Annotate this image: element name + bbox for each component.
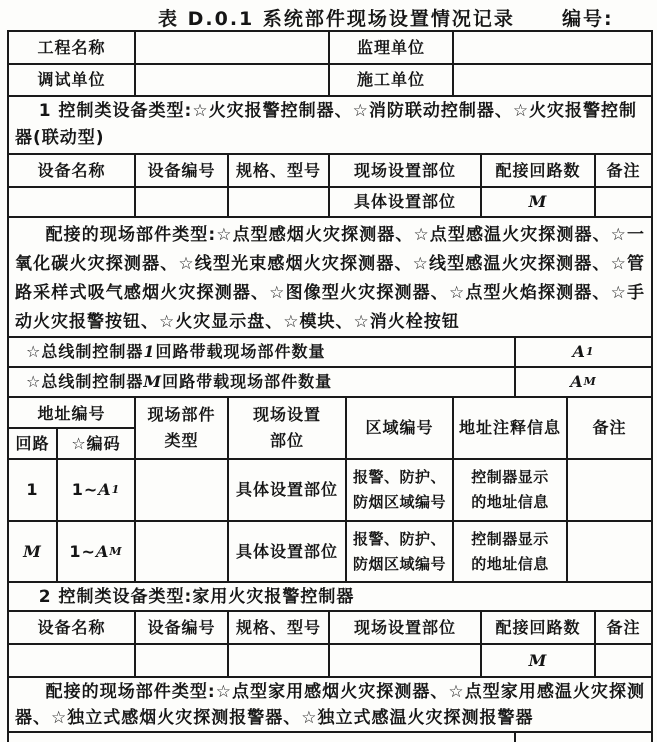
record-table: 工程名称 监理单位 调试单位 施工单位 1 控制类设备类型:☆火灾报警控制器、☆…	[7, 30, 653, 742]
loop1-count-label: ☆总线制控制器 1 回路带载现场部件数量	[9, 338, 516, 366]
remarks-cell-2	[596, 645, 651, 676]
code-column-header: ☆编码	[58, 429, 134, 458]
cutoff-value-cell	[516, 733, 651, 742]
loop-count-cell-2: M	[482, 645, 596, 676]
address1-code-prefix: 1~	[72, 480, 99, 500]
loop-count-variable-2: M	[529, 651, 548, 671]
section1-device-header: 设备名称 设备编号 规格、型号 现场设置部位 配接回路数 备注	[9, 155, 651, 188]
address-number-header: 地址编号	[9, 398, 134, 429]
addressM-zone-cell: 报警、防护、防烟区域编号	[347, 522, 454, 581]
section2-device-row: M	[9, 645, 651, 678]
addressM-code-cell: 1~AM	[58, 522, 136, 581]
addressM-loop-value: M	[23, 542, 42, 562]
device-name-cell	[9, 188, 136, 216]
addressM-code-prefix: 1~	[69, 542, 96, 562]
table-title: 表 D.0.1 系统部件现场设置情况记录	[158, 4, 515, 31]
spec-model-cell	[229, 188, 330, 216]
device-number-header-2: 设备编号	[136, 612, 229, 643]
section1-heading: 1 控制类设备类型:☆火灾报警控制器、☆消防联动控制器、☆火灾报警控制器(联动型…	[9, 97, 651, 153]
device-name-cell-2	[9, 645, 136, 676]
loop-column-header: 回路	[9, 429, 58, 458]
loop1-value-base: A	[572, 342, 585, 362]
info-row-1: 工程名称 监理单位	[9, 32, 651, 65]
section1-components-note: 配接的现场部件类型:☆点型感烟火灾探测器、☆点型感温火灾探测器、☆一氧化碳火灾探…	[9, 218, 651, 336]
loopM-label-variable: M	[143, 372, 162, 392]
address-row-1: 1 1~A1 具体设置部位 报警、防护、防烟区域编号 控制器显示的地址信息	[9, 460, 651, 522]
loop1-count-value: A1	[516, 338, 651, 366]
cutoff-row	[9, 733, 651, 742]
info-row-2: 调试单位 施工单位	[9, 65, 651, 97]
address-row-M: M 1~AM 具体设置部位 报警、防护、防烟区域编号 控制器显示的地址信息	[9, 522, 651, 583]
address1-code-base: A	[98, 480, 111, 500]
loopM-value-base: A	[570, 372, 583, 392]
title-bar: 表 D.0.1 系统部件现场设置情况记录 编号:	[0, 0, 657, 30]
site-location-cell-2	[330, 645, 482, 676]
loopM-count-value: AM	[516, 368, 651, 396]
addressM-type-cell	[136, 522, 229, 581]
supervision-unit-value	[454, 32, 651, 63]
device-number-cell	[136, 188, 229, 216]
remarks-header-2: 备注	[596, 612, 651, 643]
site-location-header: 现场设置部位	[330, 155, 482, 186]
supervision-unit-label: 监理单位	[330, 32, 454, 63]
address-number-header-group: 地址编号 回路 ☆编码	[9, 398, 136, 458]
addressM-info-cell: 控制器显示的地址信息	[454, 522, 568, 581]
device-name-header-2: 设备名称	[9, 612, 136, 643]
commissioning-unit-value	[136, 65, 330, 95]
address1-zone-cell: 报警、防护、防烟区域编号	[347, 460, 454, 520]
cutoff-label-cell	[9, 733, 516, 742]
address-info-header: 地址注释信息	[454, 398, 568, 458]
loop1-label-variable: 1	[143, 342, 155, 362]
section2-components-note: 配接的现场部件类型:☆点型家用感烟火灾探测器、☆点型家用感温火灾探测器、☆独立式…	[9, 678, 651, 731]
loop-count-header-2: 配接回路数	[482, 612, 596, 643]
addressM-code-base: A	[96, 542, 109, 562]
section1-heading-row: 1 控制类设备类型:☆火灾报警控制器、☆消防联动控制器、☆火灾报警控制器(联动型…	[9, 97, 651, 155]
device-number-cell-2	[136, 645, 229, 676]
address-number-subheader: 回路 ☆编码	[9, 429, 134, 458]
spec-model-header: 规格、型号	[229, 155, 330, 186]
section2-device-header: 设备名称 设备编号 规格、型号 现场设置部位 配接回路数 备注	[9, 612, 651, 645]
remarks-header: 备注	[596, 155, 651, 186]
commissioning-unit-label: 调试单位	[9, 65, 136, 95]
loop-count-variable: M	[529, 192, 548, 212]
document-page: 表 D.0.1 系统部件现场设置情况记录 编号: 工程名称 监理单位 调试单位 …	[0, 0, 657, 742]
address-table-header: 地址编号 回路 ☆编码 现场部件类型 现场设置部位 区域编号 地址注释信息 备注	[9, 398, 651, 460]
loopM-count-label: ☆总线制控制器 M 回路带载现场部件数量	[9, 368, 516, 396]
loop-count-cell: M	[482, 188, 596, 216]
addressM-location-cell: 具体设置部位	[229, 522, 347, 581]
construction-unit-value	[454, 65, 651, 95]
loopM-label-prefix: ☆总线制控制器	[26, 372, 143, 392]
device-name-header: 设备名称	[9, 155, 136, 186]
address1-loop-value: 1	[26, 480, 38, 500]
construction-unit-label: 施工单位	[330, 65, 454, 95]
section1-components-note-row: 配接的现场部件类型:☆点型感烟火灾探测器、☆点型感温火灾探测器、☆一氧化碳火灾探…	[9, 218, 651, 338]
address-remarks-header: 备注	[568, 398, 651, 458]
loop-count-header: 配接回路数	[482, 155, 596, 186]
section2-components-note-row: 配接的现场部件类型:☆点型家用感烟火灾探测器、☆点型家用感温火灾探测器、☆独立式…	[9, 678, 651, 733]
number-label: 编号:	[562, 4, 614, 31]
spec-model-cell-2	[229, 645, 330, 676]
addressM-loop-cell: M	[9, 522, 58, 581]
loop1-label-prefix: ☆总线制控制器	[26, 342, 143, 362]
addressM-remarks-cell	[568, 522, 651, 581]
project-name-value	[136, 32, 330, 63]
site-location-cell: 具体设置部位	[330, 188, 482, 216]
section2-heading: 2 控制类设备类型:家用火灾报警控制器	[9, 583, 651, 610]
loopM-label-suffix: 回路带载现场部件数量	[162, 372, 332, 392]
zone-number-header: 区域编号	[347, 398, 454, 458]
section1-device-row: 具体设置部位 M	[9, 188, 651, 218]
spec-model-header-2: 规格、型号	[229, 612, 330, 643]
component-type-header: 现场部件类型	[136, 398, 229, 458]
device-number-header: 设备编号	[136, 155, 229, 186]
loop1-count-row: ☆总线制控制器 1 回路带载现场部件数量 A1	[9, 338, 651, 368]
loop1-label-suffix: 回路带载现场部件数量	[156, 342, 326, 362]
project-name-label: 工程名称	[9, 32, 136, 63]
loopM-count-row: ☆总线制控制器 M 回路带载现场部件数量 AM	[9, 368, 651, 398]
address1-location-cell: 具体设置部位	[229, 460, 347, 520]
address1-code-cell: 1~A1	[58, 460, 136, 520]
section2-heading-row: 2 控制类设备类型:家用火灾报警控制器	[9, 583, 651, 612]
address-location-header: 现场设置部位	[229, 398, 347, 458]
site-location-header-2: 现场设置部位	[330, 612, 482, 643]
address1-remarks-cell	[568, 460, 651, 520]
address1-type-cell	[136, 460, 229, 520]
address1-info-cell: 控制器显示的地址信息	[454, 460, 568, 520]
address1-loop-cell: 1	[9, 460, 58, 520]
remarks-cell	[596, 188, 651, 216]
